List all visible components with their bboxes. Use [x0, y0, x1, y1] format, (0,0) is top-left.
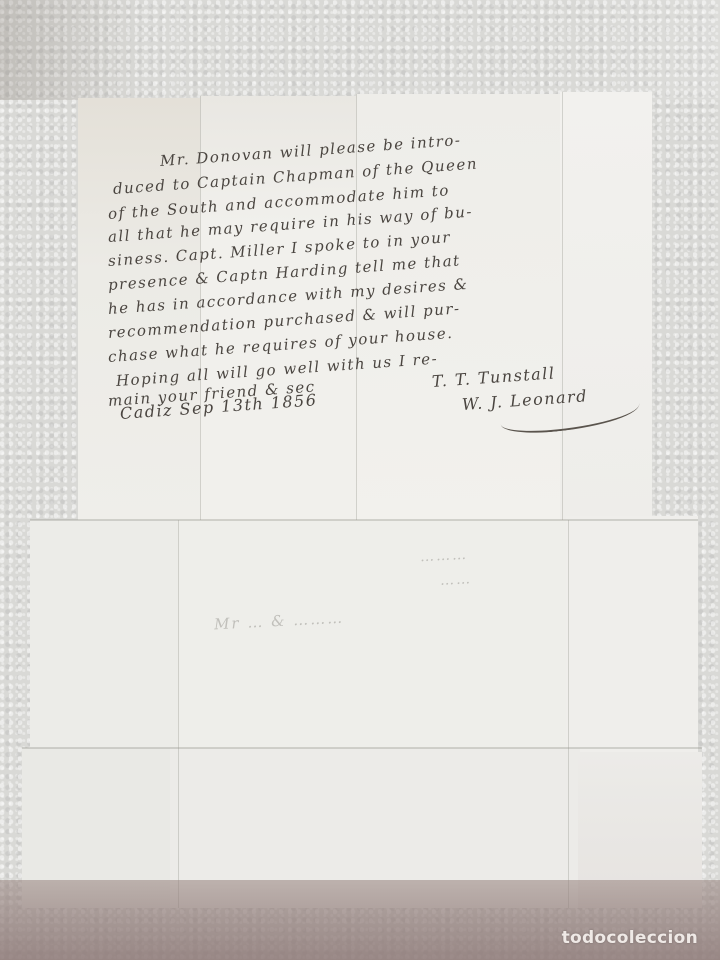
- folded-letter: Mr. Donovan will please be intro- duced …: [0, 0, 720, 960]
- paper-panel: [566, 516, 698, 752]
- fold-line: [562, 92, 563, 520]
- faint-address-line: ………: [420, 547, 469, 565]
- fold-line: [178, 520, 179, 908]
- fold-line: [22, 747, 702, 749]
- fold-line: [30, 519, 698, 521]
- watermark: todocoleccion: [562, 928, 698, 948]
- fold-line: [568, 520, 569, 908]
- background-shadow-bottom: [0, 880, 720, 960]
- paper-panel: [560, 92, 652, 528]
- paper-panel: [30, 520, 180, 750]
- paper-panel: [178, 520, 568, 750]
- faint-address-line: ……: [440, 571, 473, 589]
